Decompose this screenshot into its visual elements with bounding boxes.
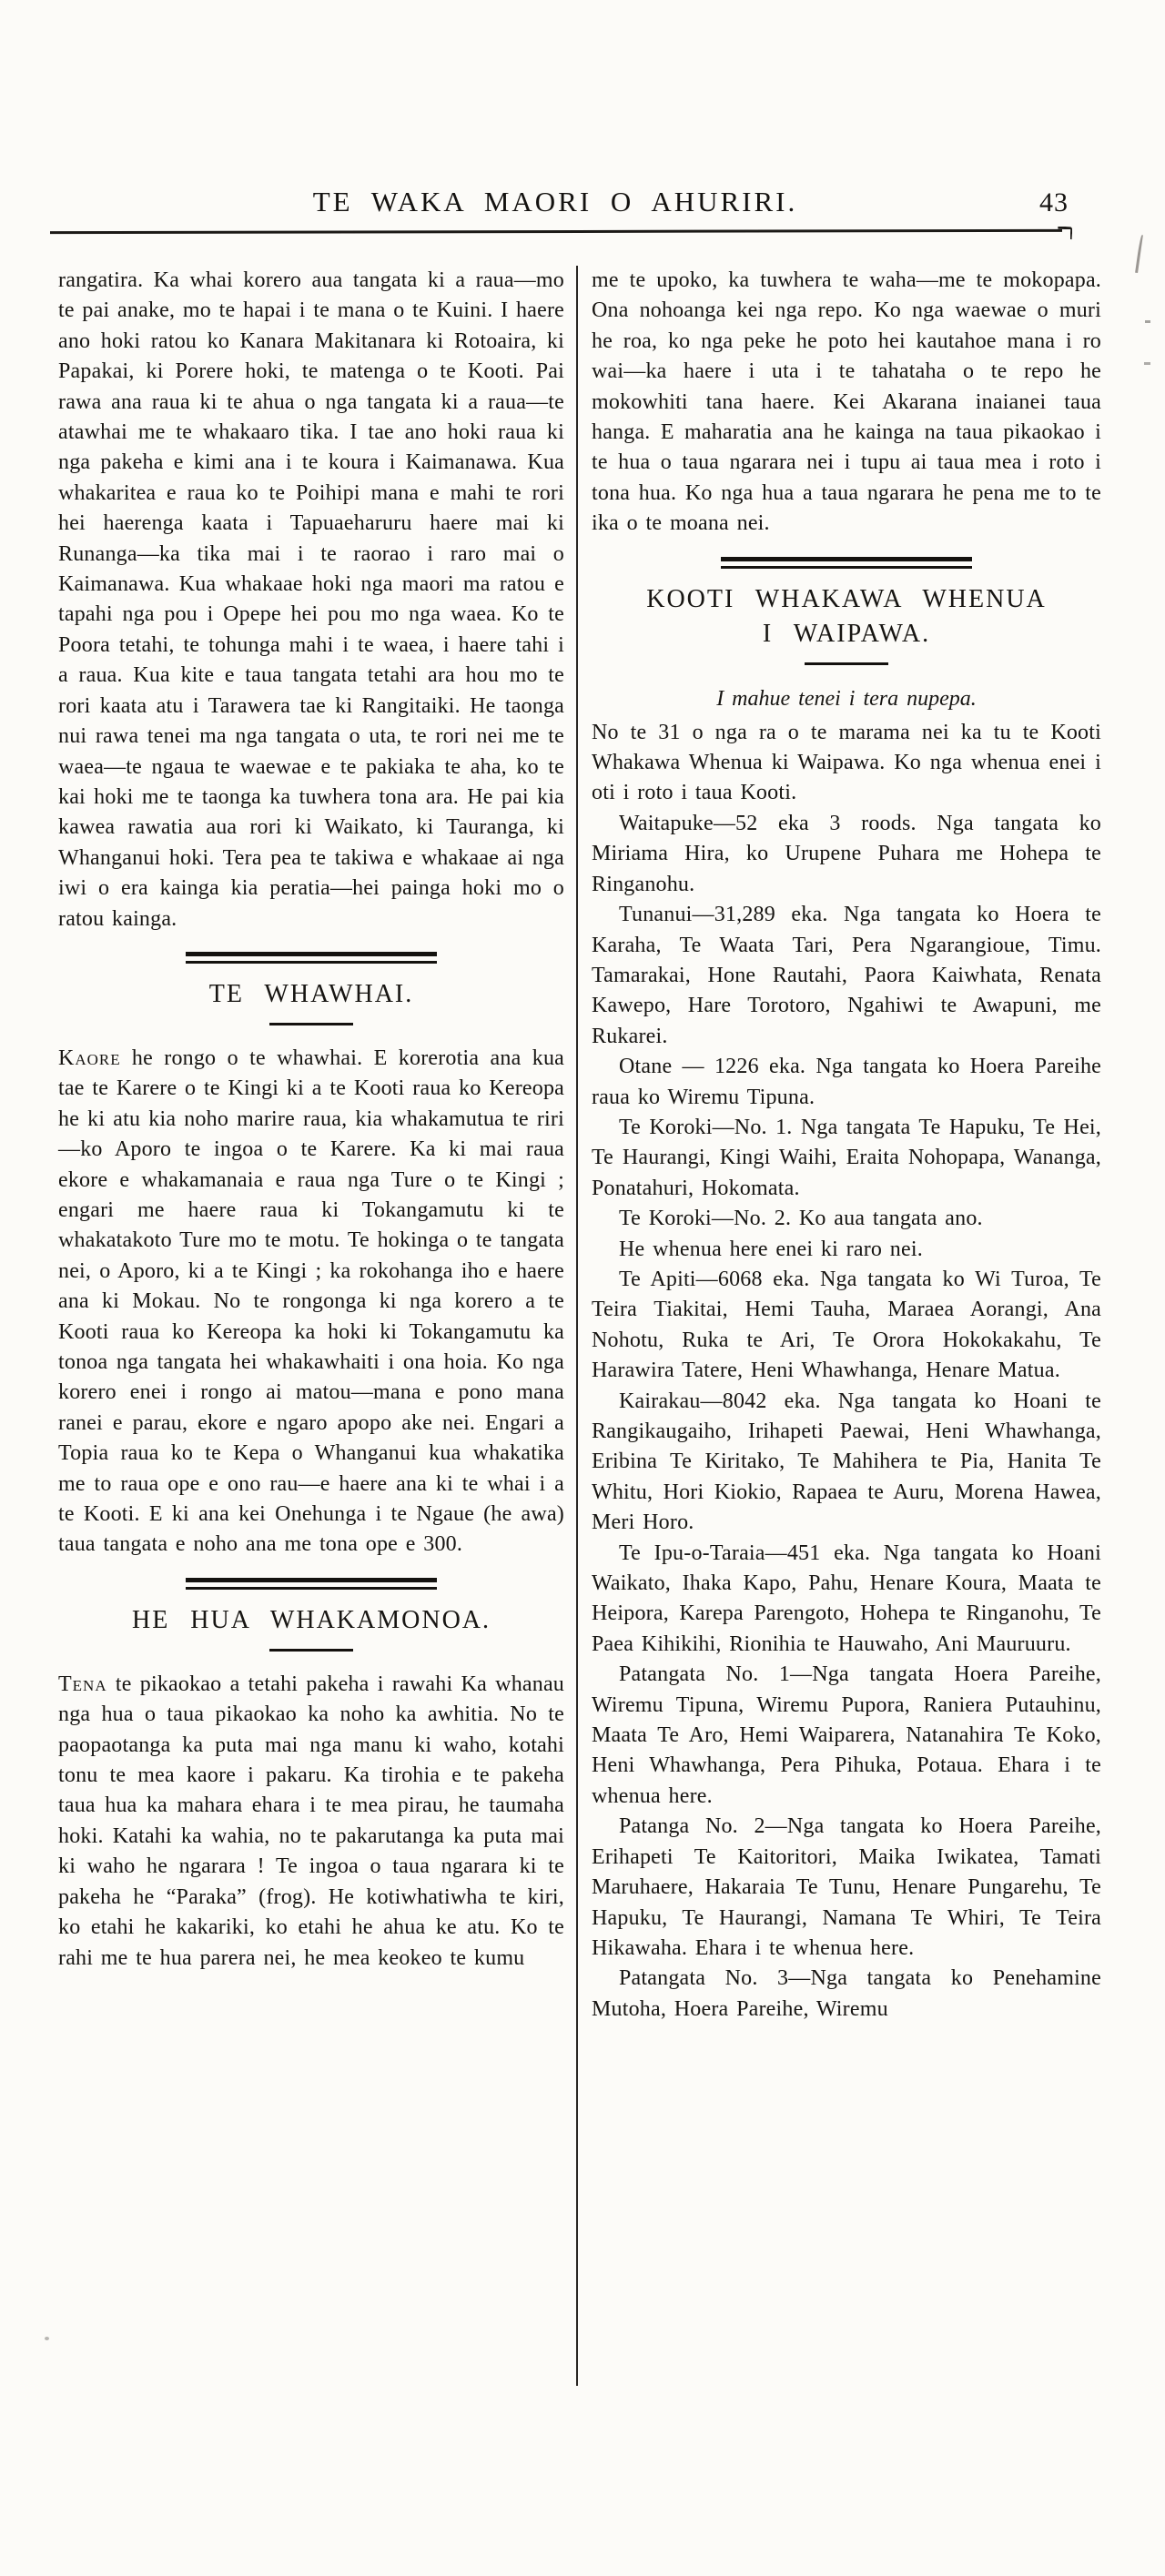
divider-line-thin — [186, 961, 437, 964]
heading-line: KOOTI WHAKAWA WHENUA — [592, 582, 1101, 617]
paragraph: Tunanui—31,289 eka. Nga tangata ko Hoera… — [592, 900, 1101, 1052]
paragraph: He whenua here enei ki raro nei. — [592, 1235, 1101, 1265]
column-right: me te upoko, ka tuwhera te waha—me te mo… — [592, 266, 1101, 2386]
paragraph: Kaore he rongo o te whawhai. E korerotia… — [58, 1044, 564, 1561]
article-heading: HE HUA WHAKAMONOA. — [58, 1603, 564, 1638]
heading-line: I WAIPAWA. — [592, 617, 1101, 652]
section-divider-rule — [721, 557, 972, 569]
paragraph: me te upoko, ka tuwhera te waha—me te mo… — [592, 266, 1101, 540]
paragraph: Te Koroki—No. 2. Ko aua tangata ano. — [592, 1204, 1101, 1234]
column-divider-rule — [576, 266, 578, 2386]
paragraph-lead: Kaore — [58, 1046, 121, 1070]
scan-artifact-speck — [45, 2337, 49, 2340]
divider-line-thick — [186, 1578, 437, 1582]
columns: rangatira. Ka whai korero aua tangata ki… — [58, 266, 1105, 2386]
paragraph: No te 31 o nga ra o te marama nei ka tu … — [592, 718, 1101, 809]
paragraph: Waitapuke—52 eka 3 roods. Nga tangata ko… — [592, 809, 1101, 900]
paragraph: Kairakau—8042 eka. Nga tangata ko Hoani … — [592, 1387, 1101, 1539]
paragraph: Patangata No. 1—Nga tangata Hoera Pareih… — [592, 1660, 1101, 1812]
newspaper-page: TE WAKA MAORI O AHURIRI. 43 rangatira. K… — [0, 0, 1165, 2576]
article-heading: TE WHAWHAI. — [58, 977, 564, 1012]
paragraph: Te Apiti—6068 eka. Nga tangata ko Wi Tur… — [592, 1265, 1101, 1387]
scan-artifact-tick — [1145, 320, 1150, 323]
header-rule-hook — [1058, 227, 1072, 240]
scan-artifact-tick — [1144, 362, 1150, 365]
divider-line-thin — [721, 566, 972, 569]
paragraph: Tena te pikaokao a tetahi pakeha i rawah… — [58, 1670, 564, 1974]
page-title: TE WAKA MAORI O AHURIRI. — [313, 186, 798, 217]
paragraph: Te Koroki—No. 1. Nga tangata Te Hapuku, … — [592, 1113, 1101, 1204]
page-number: 43 — [1027, 187, 1081, 218]
paragraph: Patanga No. 2—Nga tangata ko Hoera Parei… — [592, 1812, 1101, 1964]
divider-line-thick — [186, 952, 437, 956]
scan-artifact-curl — [1135, 235, 1143, 273]
heading-line: HE HUA WHAKAMONOA. — [58, 1603, 564, 1638]
column-left: rangatira. Ka whai korero aua tangata ki… — [58, 266, 564, 2386]
heading-ornament-rule — [269, 1023, 353, 1025]
divider-line-thick — [721, 557, 972, 561]
heading-ornament-rule — [805, 662, 888, 665]
section-divider-rule — [186, 1578, 437, 1590]
heading-line: TE WHAWHAI. — [58, 977, 564, 1012]
article-heading: KOOTI WHAKAWA WHENUAI WAIPAWA. — [592, 582, 1101, 652]
paragraph: Patangata No. 3—Nga tangata ko Penehamin… — [592, 1964, 1101, 2025]
paragraph-lead: Tena — [58, 1672, 107, 1696]
paragraph: Otane — 1226 eka. Nga tangata ko Hoera P… — [592, 1052, 1101, 1113]
subheading-italic: I mahue tenei i tera nupepa. — [592, 683, 1101, 714]
header-rule — [50, 229, 1062, 234]
paragraph: Te Ipu-o-Taraia—451 eka. Nga tangata ko … — [592, 1539, 1101, 1661]
masthead: TE WAKA MAORI O AHURIRI. — [50, 186, 1060, 218]
heading-ornament-rule — [269, 1649, 353, 1652]
paragraph: rangatira. Ka whai korero aua tangata ki… — [58, 266, 564, 934]
divider-line-thin — [186, 1587, 437, 1590]
section-divider-rule — [186, 952, 437, 964]
